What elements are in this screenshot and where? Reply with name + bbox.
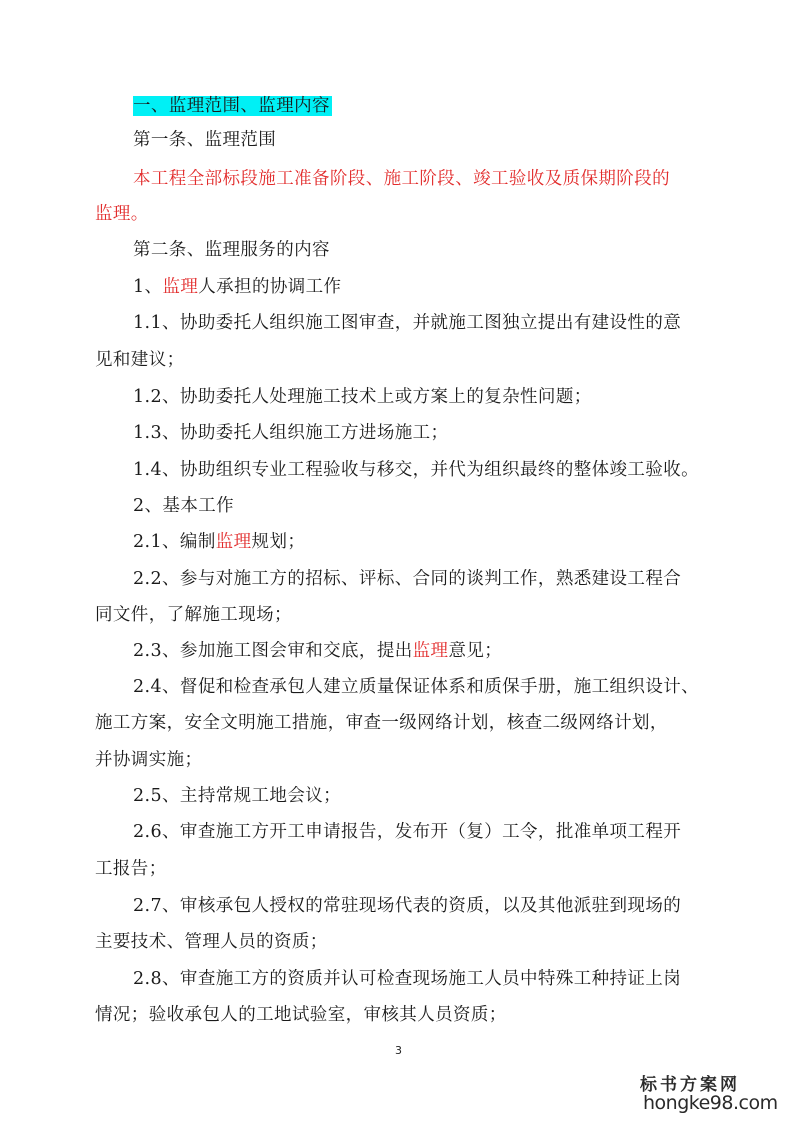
item-1-3: 1.3、协助委托人组织施工方进场施工；	[133, 420, 733, 446]
section-heading: 一、监理范围、监理内容	[133, 93, 733, 119]
item-2-heading: 2、基本工作	[133, 493, 733, 519]
article-1-title: 第一条、监理范围	[133, 127, 733, 153]
watermark-url: hongke98.com	[643, 1092, 778, 1114]
scope-text-wrap: 监理。	[95, 201, 695, 227]
item-2-2: 2.2、参与对施工方的招标、评标、合同的谈判工作，熟悉建设工程合	[133, 566, 733, 592]
item-1-1-wrap: 见和建议；	[95, 347, 695, 373]
item-2-6: 2.6、审查施工方开工申请报告，发布开（复）工令，批准单项工程开	[133, 819, 733, 845]
item-2-5: 2.5、主持常规工地会议；	[133, 783, 733, 809]
item-2-4-wrap-1: 施工方案，安全文明施工措施，审查一级网络计划，核查二级网络计划，	[95, 710, 695, 736]
item-2-2-wrap: 同文件，了解施工现场；	[95, 602, 695, 628]
item-2-1-post: 规划；	[252, 532, 306, 552]
item-2-1: 2.1、编制监理规划；	[133, 529, 733, 555]
item-1-heading: 1、监理人承担的协调工作	[133, 274, 733, 300]
item-2-3-red-term: 监理	[413, 641, 449, 661]
item-2-6-wrap: 工报告；	[95, 856, 695, 882]
item-2-7: 2.7、审核承包人授权的常驻现场代表的资质，以及其他派驻到现场的	[133, 893, 733, 919]
item-2-4: 2.4、督促和检查承包人建立质量保证体系和质保手册，施工组织设计、	[133, 674, 733, 700]
item-1-1: 1.1、协助委托人组织施工图审查，并就施工图独立提出有建设性的意	[133, 310, 733, 336]
item-2-8-wrap: 情况；验收承包人的工地试验室，审核其人员资质；	[95, 1002, 695, 1028]
item-2-1-red-term: 监理	[216, 532, 252, 552]
item-2-8: 2.8、审查施工方的资质并认可检查现场施工人员中特殊工种持证上岗	[133, 966, 733, 992]
item-1-red-term: 监理	[162, 277, 198, 297]
item-1-4: 1.4、协助组织专业工程验收与移交，并代为组织最终的整体竣工验收。	[133, 457, 733, 483]
item-1-rest: 人承担的协调工作	[198, 277, 341, 297]
article-2-title: 第二条、监理服务的内容	[133, 237, 733, 263]
item-2-3: 2.3、参加施工图会审和交底，提出监理意见；	[133, 638, 733, 664]
item-2-4-wrap-2: 并协调实施；	[95, 747, 695, 773]
item-2-7-wrap: 主要技术、管理人员的资质；	[95, 929, 695, 955]
item-2-3-post: 意见；	[448, 641, 502, 661]
scope-text: 本工程全部标段施工准备阶段、施工阶段、竣工验收及质保期阶段的	[133, 166, 733, 192]
item-1-2: 1.2、协助委托人处理施工技术上或方案上的复杂性问题；	[133, 384, 733, 410]
item-2-1-pre: 2.1、编制	[133, 532, 216, 552]
page-number: 3	[395, 1044, 402, 1057]
item-2-3-pre: 2.3、参加施工图会审和交底，提出	[133, 641, 413, 661]
item-1-number: 1、	[133, 277, 162, 297]
document-page: 一、监理范围、监理内容 第一条、监理范围 本工程全部标段施工准备阶段、施工阶段、…	[0, 0, 793, 1122]
highlighted-heading: 一、监理范围、监理内容	[133, 96, 332, 116]
